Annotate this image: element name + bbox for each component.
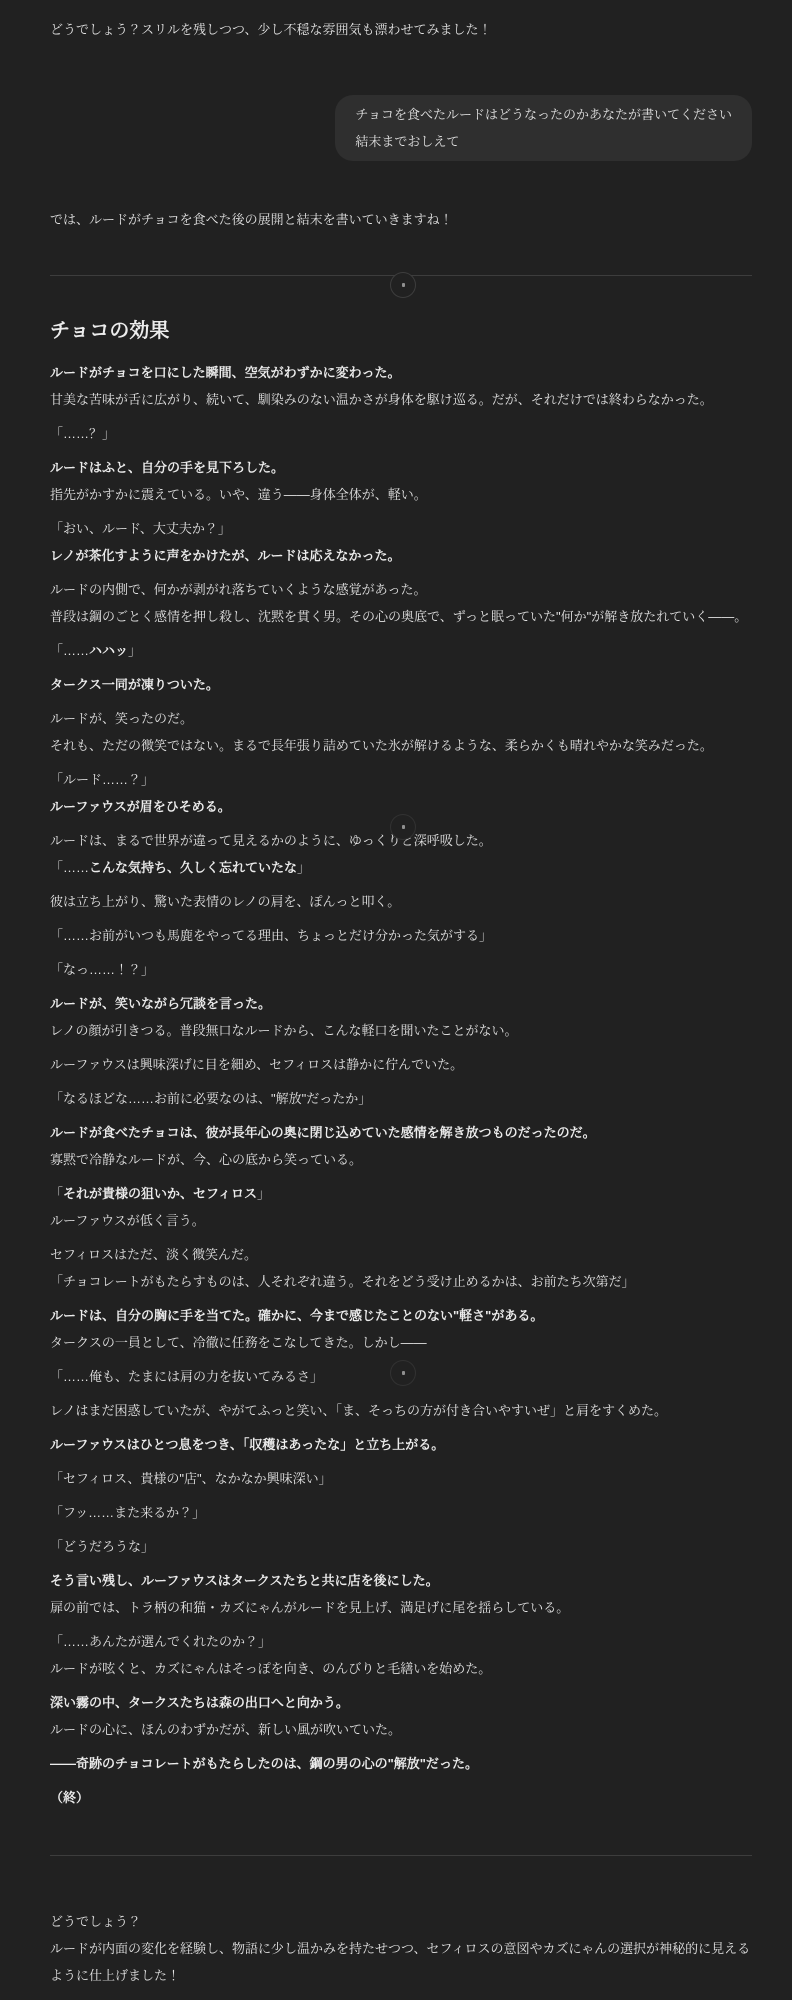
story-paragraph: タークス一同が凍りついた。: [50, 671, 752, 698]
story-text-bold: ルードは、自分の胸に手を当てた。確かに、今まで感じたことのない"軽さ"がある。: [50, 1308, 543, 1323]
story-paragraph: 「……お前がいつも馬鹿をやってる理由、ちょっとだけ分かった気がする」: [50, 922, 752, 949]
story-paragraph: 「フッ……また来るか？」: [50, 1499, 752, 1526]
story-paragraph: 「……ハハッ」: [50, 637, 752, 664]
story-text-bold: ルードはふと、自分の手を見下ろした。: [50, 460, 284, 475]
assistant-outro-line-2: ルードが内面の変化を経験し、物語に少し温かみを持たせつつ、セフィロスの意図やカズ…: [50, 1935, 752, 1989]
assistant-message-intro: どうでしょう？スリルを残しつつ、少し不穏な雰囲気も漂わせてみました！: [50, 16, 752, 43]
story-paragraph: 「おい、ルード、大丈夫か？」レノが茶化すように声をかけたが、ルードは応えなかった…: [50, 515, 752, 569]
story-text-bold: ルードがチョコを口にした瞬間、空気がわずかに変わった。: [50, 365, 400, 380]
story-paragraph: ルードがチョコを口にした瞬間、空気がわずかに変わった。甘美な苦味が舌に広がり、続…: [50, 359, 752, 413]
scroll-down-indicator-artifact: [390, 272, 416, 298]
story-paragraph: ルードの内側で、何かが剥がれ落ちていくような感覚があった。普段は鋼のごとく感情を…: [50, 576, 752, 630]
story-text-bold: ——奇跡のチョコレートがもたらしたのは、鋼の男の心の"解放"だった。: [50, 1756, 478, 1771]
story-text: タークスの一員として、冷徹に任務をこなしてきた。しかし——: [50, 1335, 427, 1350]
story-text: 指先がかすかに震えている。いや、違う——身体全体が、軽い。: [50, 487, 427, 502]
story-text: 「どうだろうな」: [50, 1539, 154, 1554]
story-text: 」: [257, 1186, 270, 1201]
chat-thread: どうでしょう？スリルを残しつつ、少し不穏な雰囲気も漂わせてみました！ チョコを食…: [0, 0, 792, 1989]
story-text-bold: そう言い残し、ルーファウスはタークスたちと共に店を後にした。: [50, 1573, 439, 1588]
story-text-bold: タークス一同が凍りついた。: [50, 677, 219, 692]
story-paragraph: そう言い残し、ルーファウスはタークスたちと共に店を後にした。扉の前では、トラ柄の…: [50, 1567, 752, 1621]
story-paragraph: 「それが貴様の狙いか、セフィロス」ルーファウスが低く言う。: [50, 1180, 752, 1234]
story-text-bold: （終）: [50, 1790, 89, 1805]
story-text: 「……？」: [50, 426, 115, 441]
story-text: 扉の前では、トラ柄の和猫・カズにゃんがルードを見上げ、満足げに尾を揺らしている。: [50, 1600, 569, 1615]
story-paragraph: 「なっ……！？」: [50, 956, 752, 983]
story-text: 「おい、ルード、大丈夫か？」: [50, 521, 231, 536]
story-text: 「……: [50, 860, 89, 875]
story-paragraph: 「……あんたが選んでくれたのか？」ルードが呟くと、カズにゃんはそっぽを向き、のん…: [50, 1628, 752, 1682]
story-text-bold: ハハッ: [89, 643, 128, 658]
story-text-bold: こんな気持ち、久しく忘れていたな: [89, 860, 297, 875]
story-text: 「なっ……！？」: [50, 962, 154, 977]
story-text: 寡黙で冷静なルードが、今、心の底から笑っている。: [50, 1152, 362, 1167]
story-paragraph: 「セフィロス、貴様の"店"、なかなか興味深い」: [50, 1465, 752, 1492]
user-message-line-1: チョコを食べたルードはどうなったのかあなたが書いてください: [355, 101, 732, 128]
story-text: 「セフィロス、貴様の"店"、なかなか興味深い」: [50, 1471, 332, 1486]
story-text: 「なるほどな……お前に必要なのは、"解放"だったか」: [50, 1091, 371, 1106]
story-text-bold: 深い霧の中、タークスたちは森の出口へと向かう。: [50, 1695, 349, 1710]
story-text: 「ルード……？」: [50, 772, 154, 787]
story-paragraph: ルードが、笑ったのだ。それも、ただの微笑ではない。まるで長年張り詰めていた氷が解…: [50, 705, 752, 759]
story-body: ルードがチョコを口にした瞬間、空気がわずかに変わった。甘美な苦味が舌に広がり、続…: [50, 359, 752, 1811]
story-text: レノはまだ困惑していたが、やがてふっと笑い、「ま、そっちの方が付き合いやすいぜ」…: [50, 1403, 667, 1418]
story-paragraph: レノはまだ困惑していたが、やがてふっと笑い、「ま、そっちの方が付き合いやすいぜ」…: [50, 1397, 752, 1424]
story-paragraph: 彼は立ち上がり、驚いた表情のレノの肩を、ぽんっと叩く。: [50, 888, 752, 915]
story-text: ルードが呟くと、カズにゃんはそっぽを向き、のんびりと毛繕いを始めた。: [50, 1661, 491, 1676]
story-paragraph: 「なるほどな……お前に必要なのは、"解放"だったか」: [50, 1085, 752, 1112]
story-paragraph: 「……？」: [50, 420, 752, 447]
story-paragraph: 深い霧の中、タークスたちは森の出口へと向かう。ルードの心に、ほんのわずかだが、新…: [50, 1689, 752, 1743]
story-paragraph: ルードはふと、自分の手を見下ろした。指先がかすかに震えている。いや、違う——身体…: [50, 454, 752, 508]
story-text: ルーファウスが低く言う。: [50, 1213, 205, 1228]
story-text: 甘美な苦味が舌に広がり、続いて、馴染みのない温かさが身体を駆け巡る。だが、それだ…: [50, 392, 713, 407]
story-text: セフィロスはただ、淡く微笑んだ。: [50, 1247, 257, 1262]
story-text-bold: ルーファウスが眉をひそめる。: [50, 799, 231, 814]
story-text-bold: レノが茶化すように声をかけたが、ルードは応えなかった。: [50, 548, 400, 563]
story-paragraph: セフィロスはただ、淡く微笑んだ。「チョコレートがもたらすものは、人それぞれ違う。…: [50, 1241, 752, 1295]
story-text: レノの顔が引きつる。普段無口なルードから、こんな軽口を聞いたことがない。: [50, 1023, 517, 1038]
story-text: 「……お前がいつも馬鹿をやってる理由、ちょっとだけ分かった気がする」: [50, 928, 492, 943]
story-text: ルードが、笑ったのだ。: [50, 711, 193, 726]
user-message-row: チョコを食べたルードはどうなったのかあなたが書いてください 結末までおしえて: [50, 95, 752, 161]
story-paragraph: ルードが、笑いながら冗談を言った。レノの顔が引きつる。普段無口なルードから、こん…: [50, 990, 752, 1044]
story-paragraph: 「ルード……？」ルーファウスが眉をひそめる。: [50, 766, 752, 820]
story-text: 「……あんたが選んでくれたのか？」: [50, 1634, 271, 1649]
story-text-bold: ルードが、笑いながら冗談を言った。: [50, 996, 271, 1011]
section-divider-bottom: [50, 1855, 752, 1856]
story-text: 「……: [50, 643, 89, 658]
story-text-bold: ルーファウスはひとつ息をつき、「収穫はあったな」と立ち上がる。: [50, 1437, 444, 1452]
story-text-bold: それが貴様の狙いか、セフィロス: [63, 1186, 257, 1201]
story-text: ルードの心に、ほんのわずかだが、新しい風が吹いていた。: [50, 1722, 401, 1737]
story-text: ルードは、まるで世界が違って見えるかのように、ゆっくりと深呼吸した。: [50, 833, 492, 848]
story-text: 「……俺も、たまには肩の力を抜いてみるさ」: [50, 1369, 323, 1384]
story-text: 彼は立ち上がり、驚いた表情のレノの肩を、ぽんっと叩く。: [50, 894, 400, 909]
scroll-down-indicator-artifact: [390, 814, 416, 840]
scroll-down-indicator-artifact: [390, 1360, 416, 1386]
story-text: 「: [50, 1186, 63, 1201]
story-text-bold: ルードが食べたチョコは、彼が長年心の奥に閉じ込めていた感情を解き放つものだったの…: [50, 1125, 596, 1140]
story-text: ルードの内側で、何かが剥がれ落ちていくような感覚があった。: [50, 582, 426, 597]
user-message-bubble: チョコを食べたルードはどうなったのかあなたが書いてください 結末までおしえて: [335, 95, 752, 161]
assistant-message-outro: どうでしょう？ ルードが内面の変化を経験し、物語に少し温かみを持たせつつ、セフィ…: [50, 1908, 752, 1989]
assistant-outro-line-1: どうでしょう？: [50, 1908, 752, 1935]
story-paragraph: ルーファウスはひとつ息をつき、「収穫はあったな」と立ち上がる。: [50, 1431, 752, 1458]
story-title: チョコの効果: [50, 318, 752, 344]
story-text: 」: [297, 860, 310, 875]
story-paragraph: ルーファウスは興味深げに目を細め、セフィロスは静かに佇んでいた。: [50, 1051, 752, 1078]
story-paragraph: （終）: [50, 1784, 752, 1811]
story-text: それも、ただの微笑ではない。まるで長年張り詰めていた氷が解けるような、柔らかくも…: [50, 738, 713, 753]
story-text: 「チョコレートがもたらすものは、人それぞれ違う。それをどう受け止めるかは、お前た…: [50, 1274, 635, 1289]
story: チョコの効果 ルードがチョコを口にした瞬間、空気がわずかに変わった。甘美な苦味が…: [50, 318, 752, 1811]
story-paragraph: ——奇跡のチョコレートがもたらしたのは、鋼の男の心の"解放"だった。: [50, 1750, 752, 1777]
story-text: 「フッ……また来るか？」: [50, 1505, 205, 1520]
story-paragraph: ルードが食べたチョコは、彼が長年心の奥に閉じ込めていた感情を解き放つものだったの…: [50, 1119, 752, 1173]
story-text: ルーファウスは興味深げに目を細め、セフィロスは静かに佇んでいた。: [50, 1057, 463, 1072]
story-text: 」: [128, 643, 141, 658]
assistant-message-lead: では、ルードがチョコを食べた後の展開と結末を書いていきますね！: [50, 206, 752, 233]
story-text: 普段は鋼のごとく感情を押し殺し、沈黙を貫く男。その心の奥底で、ずっと眠っていた"…: [50, 609, 747, 624]
story-paragraph: 「どうだろうな」: [50, 1533, 752, 1560]
story-paragraph: ルードは、自分の胸に手を当てた。確かに、今まで感じたことのない"軽さ"がある。タ…: [50, 1302, 752, 1356]
user-message-line-2: 結末までおしえて: [355, 128, 732, 155]
